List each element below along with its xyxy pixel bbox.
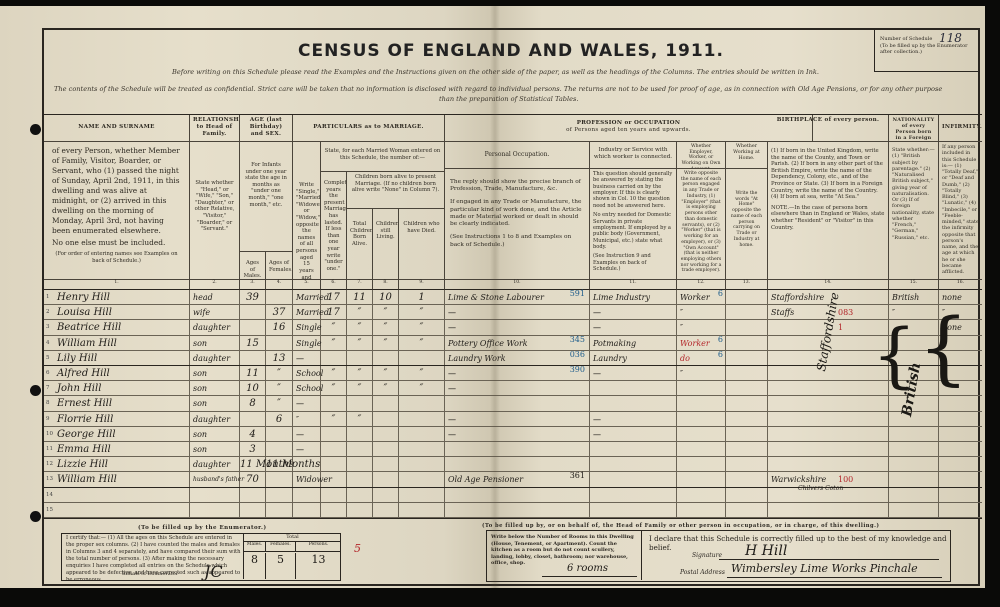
cell-industry (590, 457, 677, 471)
cell-children-total: ″ (347, 381, 373, 395)
cell-industry-text: — (593, 323, 601, 332)
header-profession: PROFESSION or OCCUPATION of Persons aged… (445, 115, 813, 142)
cell-age-male-text: 11 (246, 368, 259, 379)
schedule-number: 118 (939, 31, 962, 47)
cell-employer-status-text: ″ (680, 323, 683, 332)
cell-infirmity (939, 488, 982, 502)
cell-relationship-text: son (193, 369, 207, 378)
table-row: Lizzie Hill12daughter11 Months11 Months (44, 457, 982, 472)
cell-age-male: 11 (240, 366, 266, 380)
header-birthplace: BIRTHPLACE of every person. (768, 115, 889, 142)
cell-industry-text: Lime Industry (593, 293, 650, 302)
cell-birthplace (768, 396, 889, 410)
column-number: 9. (399, 280, 445, 290)
cell-children-died (399, 351, 445, 365)
cell-marital-condition (293, 488, 321, 502)
cell-children-died (399, 412, 445, 426)
employer-code: 6 (718, 347, 723, 362)
cell-children-total (347, 472, 373, 486)
employer-code: 6 (718, 286, 723, 301)
cell-employer-status: Worker6 (677, 290, 726, 304)
cell-age-male: 8 (240, 396, 266, 410)
cell-name: 15 (44, 503, 190, 517)
cell-age-female-text: ″ (277, 383, 281, 394)
cell-children-total: ″ (347, 305, 373, 319)
cell-infirmity (939, 442, 982, 456)
cell-at-home (726, 351, 768, 365)
enumerator-initials-label: Initials of Enumerator (122, 571, 178, 577)
cell-employer-status: ″ (677, 305, 726, 319)
cell-relationship (190, 488, 240, 502)
table-row: 15 (44, 503, 982, 518)
cell-children-living: 10 (373, 290, 399, 304)
enumerator-initials: JC (204, 562, 223, 581)
cell-marital-condition-text: School (296, 384, 323, 393)
cell-name-text: Alfred Hill (57, 368, 110, 379)
cell-children-died-text: ″ (420, 322, 424, 333)
cell-occupation-text: — (448, 415, 456, 424)
cell-name: George Hill10 (44, 427, 190, 441)
cell-marital-condition-text: — (296, 354, 304, 363)
header-infirmity: INFIRMITY. (939, 115, 982, 142)
cell-relationship-text: son (193, 339, 207, 348)
cell-infirmity (939, 472, 982, 486)
cell-children-living (373, 457, 399, 471)
cell-industry: — (590, 412, 677, 426)
cell-children-living (373, 442, 399, 456)
header-marriage: PARTICULARS as to MARRIAGE. (293, 115, 445, 142)
cell-at-home (726, 412, 768, 426)
cell-children-total (347, 396, 373, 410)
cell-birthplace-text: Staffordshire (771, 293, 824, 302)
cell-children-total-text: ″ (358, 414, 362, 425)
cell-marital-condition-text: — (296, 445, 304, 454)
cell-name: William Hill4 (44, 336, 190, 350)
cell-industry-text: — (593, 369, 601, 378)
cell-industry (590, 472, 677, 486)
cell-relationship-text: son (193, 430, 207, 439)
header-name-text-2: No one else must be included. (52, 238, 181, 248)
cell-relationship: son (190, 366, 240, 380)
occupation-code: 390 (570, 362, 585, 377)
cell-marriage-years: 17 (321, 290, 347, 304)
cell-marriage-years (321, 488, 347, 502)
cell-age-male (240, 412, 266, 426)
cell-marriage-years (321, 396, 347, 410)
postal-address-label: Postal Address (680, 569, 725, 576)
enumerator-heading: (To be filled up by the Enumerator.) (138, 525, 267, 531)
cell-employer-status-text: ″ (680, 308, 683, 317)
cell-children-died: 1 (399, 290, 445, 304)
cell-occupation-text: — (448, 308, 456, 317)
cell-birthplace (768, 381, 889, 395)
cell-children-died-text: ″ (420, 383, 424, 394)
row-number: 12 (46, 457, 53, 472)
cell-marital-condition-text: — (296, 399, 304, 408)
header-age: AGE (last Birthday) and SEX. (240, 115, 293, 142)
cell-age-female: ″ (266, 396, 293, 410)
cell-marriage-years-text: ″ (332, 414, 336, 425)
rooms-underline (542, 576, 637, 577)
cell-children-died (399, 427, 445, 441)
cell-industry-text: Laundry (593, 354, 627, 363)
cell-industry-text: Potmaking (593, 339, 636, 348)
cell-marriage-years: ″ (321, 381, 347, 395)
cell-name: John Hill7 (44, 381, 190, 395)
cell-marriage-years (321, 472, 347, 486)
cell-children-living (373, 488, 399, 502)
header-age-body: For Infants under one year state the age… (240, 142, 293, 252)
cell-marital-condition: Married (293, 290, 321, 304)
cell-children-living: ″ (373, 381, 399, 395)
cell-occupation: — (445, 412, 590, 426)
cell-children-died (399, 457, 445, 471)
cell-name-text: Lily Hill (57, 353, 97, 364)
cell-at-home (726, 320, 768, 334)
cell-at-home (726, 336, 768, 350)
cell-children-total (347, 427, 373, 441)
cell-employer-status-text: do (680, 354, 690, 363)
cell-occupation-text: — (448, 384, 456, 393)
cell-nationality (889, 427, 939, 441)
cell-relationship-text: daughter (193, 415, 230, 424)
cell-name-text: William Hill (57, 338, 117, 349)
signature-label: Signature (692, 552, 722, 559)
column-number: 8. (373, 280, 399, 290)
cell-industry: Potmaking (590, 336, 677, 350)
row-number: 3 (46, 320, 50, 335)
cell-children-living-text: ″ (384, 322, 388, 333)
totals-males: 8 (244, 553, 266, 579)
rooms-instruction: Write below the Number of Rooms in this … (491, 534, 639, 567)
cell-name: Lizzie Hill12 (44, 457, 190, 471)
cell-children-total-text: ″ (358, 322, 362, 333)
column-number: 16. (939, 280, 982, 290)
cell-marriage-years (321, 457, 347, 471)
header-industry-text-1: This question should generally be answer… (593, 171, 673, 209)
header-profession-subtitle: of Persons aged ten years and upwards. (448, 127, 809, 134)
table-row: Louisa Hill2wife37Married17″″″——″Staffs0… (44, 305, 982, 320)
cell-name: William Hill13 (44, 472, 190, 486)
header-marriage-condition: Write "Single," "Married," "Widower," or… (293, 142, 321, 280)
cell-industry (590, 488, 677, 502)
column-number: 5. (293, 280, 321, 290)
cell-marital-condition-text: ″ (296, 415, 299, 424)
cell-marital-condition-text: — (296, 430, 304, 439)
cell-children-living: ″ (373, 305, 399, 319)
cell-age-female-text: 13 (273, 353, 286, 364)
cell-industry: Laundry (590, 351, 677, 365)
cell-occupation (445, 442, 590, 456)
header-industry: Industry or Service with which worker is… (590, 142, 677, 169)
nationality-bracket: { (918, 308, 969, 388)
cell-industry: — (590, 366, 677, 380)
cell-age-female (266, 336, 293, 350)
cell-relationship-text: son (193, 399, 207, 408)
cell-marital-condition: — (293, 351, 321, 365)
cell-marriage-years-text: ″ (332, 322, 336, 333)
cell-birthplace (768, 488, 889, 502)
cell-occupation-text: Pottery Office Work (448, 339, 528, 348)
cell-marriage-years-text: ″ (332, 383, 336, 394)
header-relationship: RELATIONSHIP to Head of Family. (190, 115, 240, 142)
cell-relationship-text: husband's father (193, 476, 244, 483)
cell-age-male (240, 320, 266, 334)
totals-persons-label: Persons. (296, 542, 341, 552)
cell-infirmity (939, 412, 982, 426)
document-title: CENSUS OF ENGLAND AND WALES, 1911. (44, 41, 978, 61)
cell-age-female: 13 (266, 351, 293, 365)
cell-age-male-text: 10 (246, 383, 259, 394)
column-number: 4. (266, 280, 293, 290)
cell-age-female: ″ (266, 366, 293, 380)
occupation-code: 345 (570, 332, 585, 347)
cell-occupation: — (445, 427, 590, 441)
cell-employer-status-text: ″ (680, 369, 683, 378)
schedule-frame: CENSUS OF ENGLAND AND WALES, 1911. Befor… (42, 28, 980, 586)
cell-industry: Lime Industry (590, 290, 677, 304)
cell-name-text: Louisa Hill (57, 307, 112, 318)
cell-children-died: ″ (399, 320, 445, 334)
cell-age-female (266, 427, 293, 441)
cell-children-died-text: 1 (418, 292, 424, 303)
header-birthplace-text: (1) If born in the United Kingdom, write… (771, 148, 885, 201)
cell-name-text: George Hill (57, 429, 116, 440)
header-age-males: Ages of Males. (240, 252, 266, 280)
cell-age-male: 11 Months (240, 457, 266, 471)
cell-age-male-text: 39 (246, 292, 259, 303)
cell-nationality-text: British (892, 293, 919, 302)
cell-relationship-text: wife (193, 308, 210, 317)
cell-children-total: ″ (347, 412, 373, 426)
cell-children-total (347, 503, 373, 517)
cell-marriage-years: ″ (321, 336, 347, 350)
cell-relationship: daughter (190, 351, 240, 365)
cell-children-living-text: ″ (384, 338, 388, 349)
cell-age-male (240, 305, 266, 319)
cell-at-home (726, 396, 768, 410)
cell-age-female (266, 290, 293, 304)
cell-occupation (445, 457, 590, 471)
cell-marital-condition: School (293, 381, 321, 395)
cell-relationship-text: head (193, 293, 213, 302)
cell-industry: — (590, 427, 677, 441)
cell-occupation: Laundry Work036 (445, 351, 590, 365)
column-number: 14. (768, 280, 889, 290)
header-infirmity-body: If any person included in this Schedule … (939, 142, 982, 280)
header-children-total: Total Children Born Alive. (347, 209, 373, 280)
cell-children-total (347, 457, 373, 471)
occupation-code: 591 (570, 286, 585, 301)
cell-employer-status (677, 381, 726, 395)
cell-relationship-text: daughter (193, 460, 230, 469)
totals-males-label: Males. (244, 542, 266, 552)
confidential-notice: The contents of the Schedule will be tre… (54, 85, 942, 93)
cell-age-female-text: ″ (277, 398, 281, 409)
cell-industry-text: — (593, 430, 601, 439)
table-row: Ernest Hill8son8″— (44, 396, 982, 411)
cell-age-female-text: ″ (277, 368, 281, 379)
rooms-count: 6 rooms (567, 563, 608, 574)
cell-at-home (726, 290, 768, 304)
cell-age-male-text: 3 (249, 444, 255, 455)
cell-occupation: — (445, 320, 590, 334)
cell-children-living (373, 412, 399, 426)
cell-children-total (347, 351, 373, 365)
birthplace-code: 083 (838, 305, 853, 320)
cell-infirmity (939, 396, 982, 410)
header-profession-title: PROFESSION or OCCUPATION (448, 120, 809, 127)
cell-children-total (347, 442, 373, 456)
cell-age-male: 70 (240, 472, 266, 486)
cell-marriage-years (321, 503, 347, 517)
birthplace-code: 1 (838, 320, 843, 335)
cell-age-male: 4 (240, 427, 266, 441)
cell-marital-condition-text: Single (296, 339, 322, 348)
cell-name: Henry Hill1 (44, 290, 190, 304)
cell-name: Beatrice Hill3 (44, 320, 190, 334)
cell-age-male-text: 70 (246, 474, 259, 485)
header-name-body: of every Person, whether Member of Famil… (44, 142, 190, 280)
table-row: William Hill13husband's father70WidowerO… (44, 472, 982, 487)
cell-children-living: ″ (373, 320, 399, 334)
header-industry-body: This question should generally be answer… (590, 169, 677, 280)
cell-name-text: Florrie Hill (57, 414, 113, 425)
confidential-notice-continued: than the preparation of Statistical Tabl… (439, 95, 579, 103)
cell-occupation: Lime & Stone Labourer591 (445, 290, 590, 304)
header-personal-text-1: The reply should show the precise branch… (450, 179, 584, 193)
cell-relationship: head (190, 290, 240, 304)
cell-age-male-text: 4 (249, 429, 255, 440)
cell-children-living (373, 427, 399, 441)
cell-nationality (889, 457, 939, 471)
cell-marital-condition: — (293, 427, 321, 441)
totals-label: Total (244, 534, 341, 542)
header-industry-text-2: No entry needed for Domestic Servants in… (593, 212, 673, 250)
cell-marriage-years-text: ″ (332, 338, 336, 349)
header-at-home-body: Write the words "At Home" opposite the n… (726, 169, 768, 280)
header-marriage-years: Completed years the present Marriage has… (321, 172, 347, 280)
cell-children-total-text: ″ (358, 338, 362, 349)
cell-name-text: Henry Hill (57, 292, 110, 303)
margin-mark: 5 (354, 542, 361, 555)
cell-relationship-text: son (193, 445, 207, 454)
cell-infirmity (939, 503, 982, 517)
cell-relationship: daughter (190, 320, 240, 334)
cell-employer-status-text: Worker (680, 339, 710, 348)
cell-name-text: John Hill (57, 383, 101, 394)
cell-employer-status (677, 427, 726, 441)
row-number: 5 (46, 351, 50, 366)
cell-occupation-text: — (448, 323, 456, 332)
cell-children-living-text: ″ (384, 368, 388, 379)
cell-age-male: 3 (240, 442, 266, 456)
table-row: Henry Hill1head39Married1711101Lime & St… (44, 290, 982, 305)
cell-children-total: ″ (347, 320, 373, 334)
cell-birthplace (768, 412, 889, 426)
cell-employer-status: ″ (677, 366, 726, 380)
cell-relationship: son (190, 396, 240, 410)
cell-nationality (889, 488, 939, 502)
cell-relationship: son (190, 381, 240, 395)
column-number: 10. (445, 280, 590, 290)
cell-marital-condition: — (293, 442, 321, 456)
census-schedule-page: CENSUS OF ENGLAND AND WALES, 1911. Befor… (0, 6, 985, 588)
cell-age-female (266, 503, 293, 517)
cell-occupation (445, 503, 590, 517)
column-number: 3. (240, 280, 266, 290)
table-row: John Hill7son10″School″″″″— (44, 381, 982, 396)
cell-age-male: 10 (240, 381, 266, 395)
cell-relationship-text: daughter (193, 354, 230, 363)
cell-age-male: 39 (240, 290, 266, 304)
cell-at-home (726, 472, 768, 486)
cell-children-living-text: ″ (384, 383, 388, 394)
cell-age-female: 6 (266, 412, 293, 426)
cell-employer-status (677, 457, 726, 471)
header-name-text: of every Person, whether Member of Famil… (52, 146, 181, 236)
cell-marital-condition: Married (293, 305, 321, 319)
table-row: 14 (44, 488, 982, 503)
header-employer-body: Write opposite the name of each person e… (677, 169, 726, 280)
cell-occupation-text: — (448, 369, 456, 378)
cell-children-died: ″ (399, 381, 445, 395)
cell-marriage-years-text: ″ (332, 368, 336, 379)
cell-children-died (399, 472, 445, 486)
cell-age-male (240, 503, 266, 517)
table-row: William Hill4son15Single″″″″Pottery Offi… (44, 336, 982, 351)
row-number: 2 (46, 305, 50, 320)
cell-marriage-years: ″ (321, 366, 347, 380)
cell-industry (590, 503, 677, 517)
cell-at-home (726, 381, 768, 395)
cell-name-text: William Hill (57, 474, 117, 485)
binder-hole (30, 511, 41, 522)
cell-occupation-text: Old Age Pensioner (448, 475, 523, 484)
row-number: 1 (46, 290, 50, 305)
cell-nationality (889, 472, 939, 486)
cell-birthplace (768, 457, 889, 471)
cell-age-female (266, 472, 293, 486)
cell-children-died (399, 396, 445, 410)
header-industry-text-3: (See Instruction 9 and Examples on back … (593, 253, 673, 272)
header-children-died: Children who have Died. (399, 209, 445, 280)
cell-children-died-text: ″ (420, 338, 424, 349)
column-number: 2. (190, 280, 240, 290)
cell-marriage-years-text: 17 (327, 307, 340, 318)
cell-children-died: ″ (399, 366, 445, 380)
cell-name-text: Beatrice Hill (57, 322, 121, 333)
cell-occupation: Pottery Office Work345 (445, 336, 590, 350)
cell-children-died-text: ″ (420, 307, 424, 318)
cell-children-living: ″ (373, 336, 399, 350)
cell-age-female-text: 6 (276, 414, 282, 425)
cell-marital-condition (293, 503, 321, 517)
cell-at-home (726, 488, 768, 502)
cell-relationship-text: son (193, 384, 207, 393)
cell-relationship: son (190, 442, 240, 456)
cell-children-total: ″ (347, 366, 373, 380)
cell-age-male: 15 (240, 336, 266, 350)
cell-marriage-years (321, 351, 347, 365)
cell-marital-condition: Single (293, 320, 321, 334)
row-number: 7 (46, 381, 50, 396)
cell-birthplace-text: Staffs (771, 308, 794, 317)
cell-marital-condition: Widower (293, 472, 321, 486)
cell-name: Emma Hill11 (44, 442, 190, 456)
cell-children-total: 11 (347, 290, 373, 304)
table-row: Alfred Hill6son11″School″″″″—390—″ (44, 366, 982, 381)
